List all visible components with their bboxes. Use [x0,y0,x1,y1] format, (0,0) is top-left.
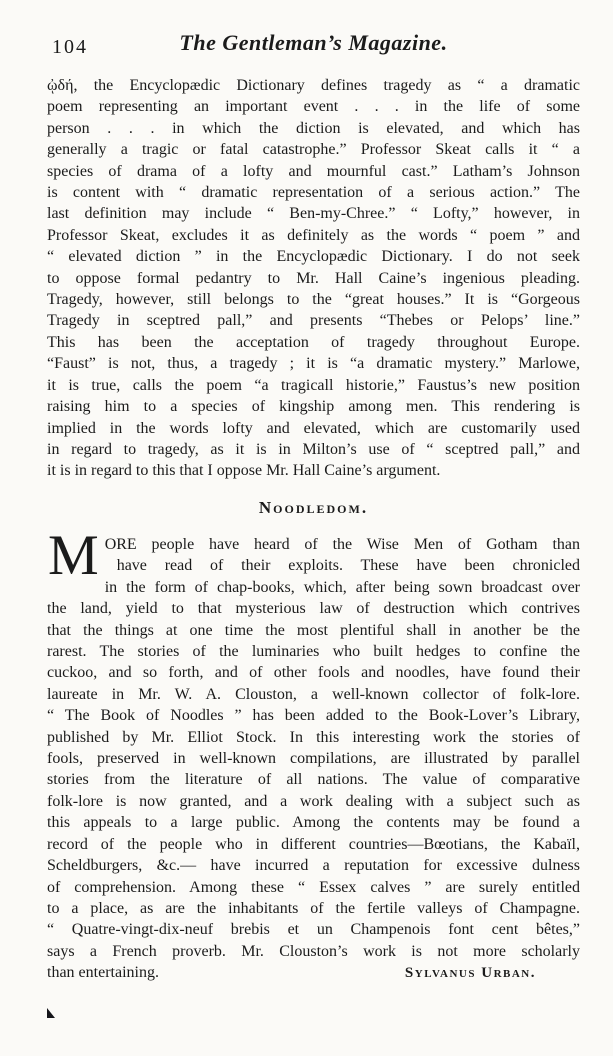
text-line: in regard to tragedy, as it is in Milton… [47,439,580,460]
ink-mark [47,1008,55,1018]
noodledom-article: M ORE people have heard of the Wise Men … [47,534,580,985]
text-line: fools, preserved in well-known compilati… [47,748,580,769]
text-line: says a French proverb. Mr. Clouston’s wo… [47,941,580,962]
text-line: is content with “ dramatic representatio… [47,182,580,203]
tragedy-paragraph: ᾠδή, the Encyclopædic Dictionary defines… [47,75,580,482]
drop-cap: M [47,534,105,578]
text-line: generally a tragic or fatal catastrophe.… [47,139,580,160]
text-line: “Faust” is not, thus, a tragedy ; it is … [47,353,580,374]
text-line: it is in regard to this that I oppose Mr… [47,460,580,481]
text-line: Scheldburgers, &c.— have incurred a repu… [47,855,580,876]
closing-line: than entertaining. Sylvanus Urban. [47,962,580,984]
text-line: ᾠδή, the Encyclopædic Dictionary defines… [47,75,580,96]
text-line: ORE people have heard of the Wise Men of… [47,534,580,555]
text-line: rarest. The stories of the luminaries wh… [47,641,580,662]
text-line: this appeals to a large public. Among th… [47,812,580,833]
text-line: last definition may include “ Ben-my-Chr… [47,203,580,224]
text-line: record of the people who in different co… [47,834,580,855]
text-line: to oppose formal pedantry to Mr. Hall Ca… [47,268,580,289]
text-line: published by Mr. Elliot Stock. In this i… [47,727,580,748]
text-line: it is true, calls the poem “a tragicall … [47,375,580,396]
text-line: poem representing an important event . .… [47,96,580,117]
text-line: that the things at one time the most ple… [47,620,580,641]
text-line: person . . . in which the diction is ele… [47,118,580,139]
magazine-page: 104 The Gentleman’s Magazine. ᾠδή, the E… [0,0,613,1056]
text-line: stories from the literature of all natio… [47,769,580,790]
closing-text: than entertaining. [47,962,159,983]
page-header: 104 The Gentleman’s Magazine. [47,30,580,64]
text-line: Tragedy, however, still belongs to the “… [47,289,580,310]
text-line: the land, yield to that mysterious law o… [47,598,580,619]
signature: Sylvanus Urban. [405,963,580,984]
text-line: Professor Skeat, excludes it as definite… [47,225,580,246]
text-line: to a place, as are the inhabitants of th… [47,898,580,919]
text-line: This has been the acceptation of tragedy… [47,332,580,353]
section-heading: Noodledom. [47,498,580,518]
text-line: “ elevated diction ” in the Encyclopædic… [47,246,580,267]
text-line: have read of their exploits. These have … [47,555,580,576]
text-line: “ The Book of Noodles ” has been added t… [47,705,580,726]
text-line: cuckoo, and so forth, and of other fools… [47,662,580,683]
noodledom-paragraph: ORE people have heard of the Wise Men of… [47,534,580,962]
text-line: raising him to a species of kingship amo… [47,396,580,417]
text-line: laureate in Mr. W. A. Clouston, a well-k… [47,684,580,705]
text-line: implied in the words lofty and elevated,… [47,418,580,439]
text-line: of comprehension. Among these “ Essex ca… [47,877,580,898]
text-line: Tragedy in sceptred pall,” and presents … [47,310,580,331]
journal-title: The Gentleman’s Magazine. [47,30,580,56]
text-line: species of drama of a lofty and mournful… [47,161,580,182]
text-line: folk-lore is now granted, and a work dea… [47,791,580,812]
text-line: “ Quatre-vingt-dix-neuf brebis et un Cha… [47,919,580,940]
tragedy-article-continuation: ᾠδή, the Encyclopædic Dictionary defines… [47,75,580,482]
text-line: in the form of chap-books, which, after … [47,577,580,598]
